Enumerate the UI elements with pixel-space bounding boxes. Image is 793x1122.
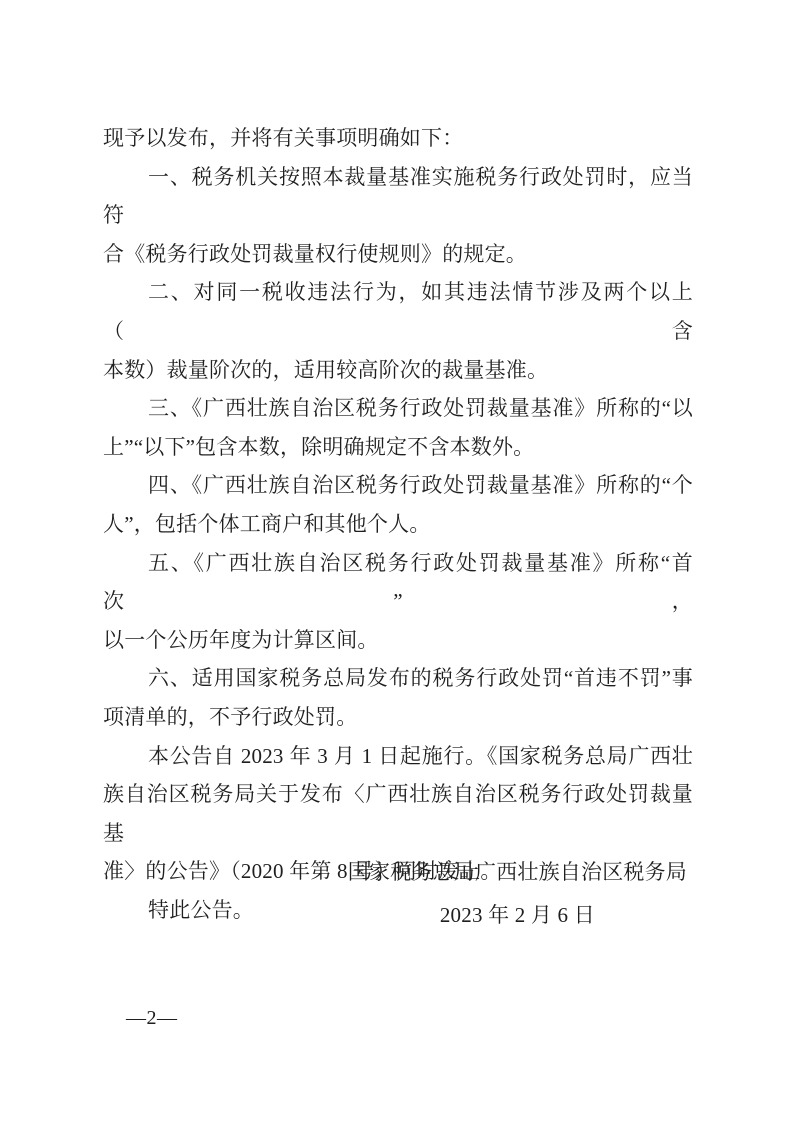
body-line: 族自治区税务局关于发布〈广西壮族自治区税务行政处罚裁量基 <box>103 775 693 852</box>
body-line: 二、对同一税收违法行为，如其违法情节涉及两个以上（含 <box>103 273 693 350</box>
document-body: 现予以发布，并将有关事项明确如下： 一、税务机关按照本裁量基准实施税务行政处罚时… <box>103 119 693 929</box>
body-line: 四、《广西壮族自治区税务行政处罚裁量基准》所称的“个 <box>103 466 693 505</box>
body-line: 合《税务行政处罚裁量权行使规则》的规定。 <box>103 235 693 274</box>
signature-date: 2023 年 2 月 6 日 <box>348 894 687 937</box>
body-line: 一、税务机关按照本裁量基准实施税务行政处罚时，应当符 <box>103 158 693 235</box>
body-line: 本公告自 2023 年 3 月 1 日起施行。《国家税务总局广西壮 <box>103 737 693 776</box>
body-line: 人”，包括个体工商户和其他个人。 <box>103 505 693 544</box>
body-line: 六、适用国家税务总局发布的税务行政处罚“首违不罚”事 <box>103 659 693 698</box>
signature-issuer: 国家税务总局广西壮族自治区税务局 <box>348 851 687 894</box>
signature-block: 国家税务总局广西壮族自治区税务局 2023 年 2 月 6 日 <box>348 851 687 937</box>
document-page: 现予以发布，并将有关事项明确如下： 一、税务机关按照本裁量基准实施税务行政处罚时… <box>0 0 793 1122</box>
body-line: 以一个公历年度为计算区间。 <box>103 621 693 660</box>
body-line: 本数）裁量阶次的，适用较高阶次的裁量基准。 <box>103 351 693 390</box>
body-line: 上”“以下”包含本数，除明确规定不含本数外。 <box>103 428 693 467</box>
body-line: 五、《广西壮族自治区税务行政处罚裁量基准》所称“首次”， <box>103 544 693 621</box>
body-line: 项清单的，不予行政处罚。 <box>103 698 693 737</box>
body-line: 三、《广西壮族自治区税务行政处罚裁量基准》所称的“以 <box>103 389 693 428</box>
body-line: 现予以发布，并将有关事项明确如下： <box>103 119 693 158</box>
page-number: —2— <box>126 1005 178 1031</box>
